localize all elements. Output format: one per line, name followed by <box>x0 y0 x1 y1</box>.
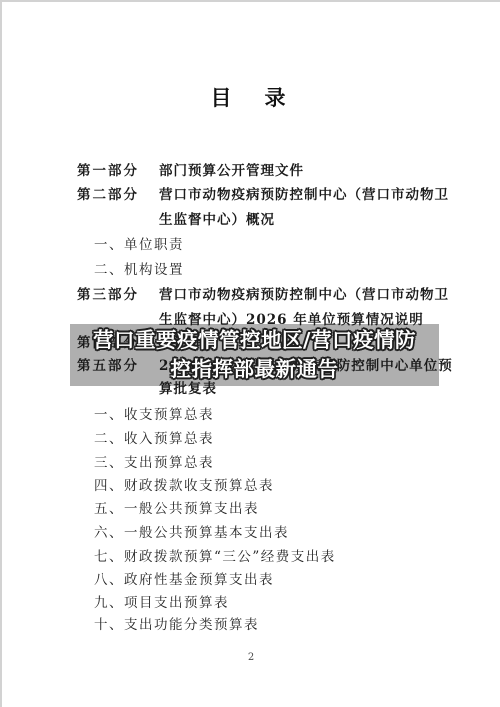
toc-row: 四、财政拨款收支预算总表 <box>2 474 500 491</box>
toc-entry-text: 一、单位职责 <box>94 233 184 253</box>
toc-row: 生监督中心）概况 <box>2 208 500 225</box>
toc-row: 九、项目支出预算表 <box>2 591 500 608</box>
toc-part-label: 第一部分 <box>77 159 139 179</box>
toc-row: 生监督中心）2026 年单位预算情况说明 <box>2 308 500 325</box>
toc-entry-text: 营口市动物疫病预防控制中心（营口市动物卫 <box>159 283 449 303</box>
toc-row: 一、单位职责 <box>2 233 500 250</box>
toc-entry-text: 营口市动物疫病预防控制中心（营口市动物卫 <box>159 183 449 203</box>
document-page: 目 录 第一部分 部门预算公开管理文件 第二部分 营口市动物疫病预防控制中心（营… <box>0 0 500 707</box>
toc-entry-text: 八、政府性基金预算支出表 <box>94 568 274 588</box>
toc-entry-text: 六、一般公共预算基本支出表 <box>94 521 289 541</box>
toc-row: 二、收入预算总表 <box>2 427 500 444</box>
toc-row: 第一部分 部门预算公开管理文件 <box>2 159 500 176</box>
toc-row: 七、财政拨款预算“三公”经费支出表 <box>2 545 500 562</box>
toc-entry-text: 五、一般公共预算支出表 <box>94 497 259 517</box>
toc-row: 二、机构设置 <box>2 258 500 275</box>
toc-entry-text: 十、支出功能分类预算表 <box>94 613 259 633</box>
toc-row: 三、支出预算总表 <box>2 451 500 468</box>
toc-row: 五、一般公共预算支出表 <box>2 497 500 514</box>
toc-row: 第三部分 营口市动物疫病预防控制中心（营口市动物卫 <box>2 283 500 300</box>
toc-row: 一、收支预算总表 <box>2 403 500 420</box>
toc-entry-text: 一、收支预算总表 <box>94 403 214 423</box>
toc-entry-text: 四、财政拨款收支预算总表 <box>94 474 274 494</box>
toc-entry-text: 二、收入预算总表 <box>94 427 214 447</box>
page-title: 目 录 <box>2 82 500 112</box>
toc-part-label: 第二部分 <box>77 183 139 203</box>
toc-entry-text: 生监督中心）概况 <box>159 208 275 228</box>
toc-entry-text: 九、项目支出预算表 <box>94 591 229 611</box>
toc-entry-text: 三、支出预算总表 <box>94 451 214 471</box>
toc-row: 八、政府性基金预算支出表 <box>2 568 500 585</box>
toc-part-label: 第三部分 <box>77 283 139 303</box>
toc-entry-text: 二、机构设置 <box>94 258 184 278</box>
overlay-ad-banner[interactable]: 营口重要疫情管控地区/营口疫情防 控指挥部最新通告 <box>70 324 439 386</box>
toc-row: 十、支出功能分类预算表 <box>2 613 500 630</box>
page-number: 2 <box>2 652 500 663</box>
toc-entry-text: 七、财政拨款预算“三公”经费支出表 <box>94 545 336 565</box>
banner-text-line1: 营口重要疫情管控地区/营口疫情防 <box>93 326 416 355</box>
toc-row: 第二部分 营口市动物疫病预防控制中心（营口市动物卫 <box>2 183 500 200</box>
toc-entry-text: 部门预算公开管理文件 <box>159 159 304 179</box>
toc-row: 六、一般公共预算基本支出表 <box>2 521 500 538</box>
banner-text-line2: 控指挥部最新通告 <box>171 355 339 384</box>
